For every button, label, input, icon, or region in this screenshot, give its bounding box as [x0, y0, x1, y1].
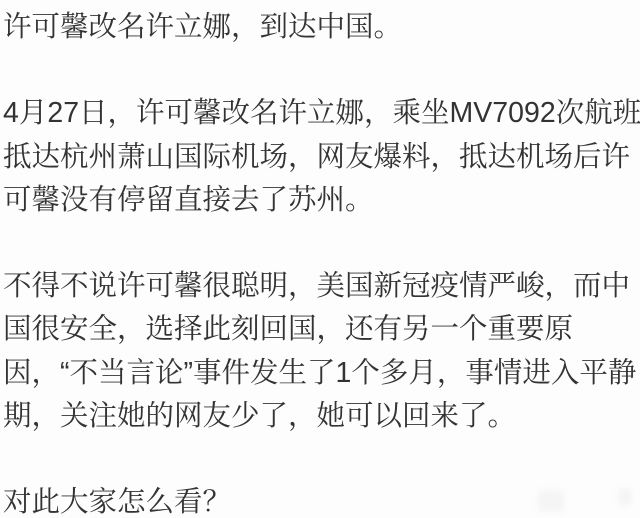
text-line: 对此大家怎么看？	[3, 481, 640, 518]
text-line: 4月27日，许可馨改名许立娜，乘坐MV7092次航班	[3, 92, 640, 135]
text-line: 国很安全，选择此刻回国，还有另一个重要原	[3, 308, 640, 351]
text-line: 可馨没有停留直接去了苏州。	[3, 179, 640, 222]
text-line: 抵达杭州萧山国际机场，网友爆料，抵达机场后许	[3, 136, 640, 179]
text-line: 期，关注她的网友少了，她可以回来了。	[3, 395, 640, 438]
text-line: 因，“不当言论”事件发生了1个多月，事情进入平静	[3, 352, 640, 395]
paragraph-question: 对此大家怎么看？	[3, 481, 640, 518]
paragraph-commentary: 不得不说许可馨很聪明，美国新冠疫情严峻，而中 国很安全，选择此刻回国，还有另一个…	[3, 265, 640, 438]
article-text: 许可馨改名许立娜，到达中国。 4月27日，许可馨改名许立娜，乘坐MV7092次航…	[3, 6, 640, 518]
paragraph-headline: 许可馨改名许立娜，到达中国。	[3, 6, 640, 49]
text-line: 不得不说许可馨很聪明，美国新冠疫情严峻，而中	[3, 265, 640, 308]
article-page: { "page": { "background_color": "#fdfdfd…	[0, 0, 640, 518]
paragraph-arrival-details: 4月27日，许可馨改名许立娜，乘坐MV7092次航班 抵达杭州萧山国际机场，网友…	[3, 92, 640, 222]
text-line: 许可馨改名许立娜，到达中国。	[3, 6, 640, 49]
